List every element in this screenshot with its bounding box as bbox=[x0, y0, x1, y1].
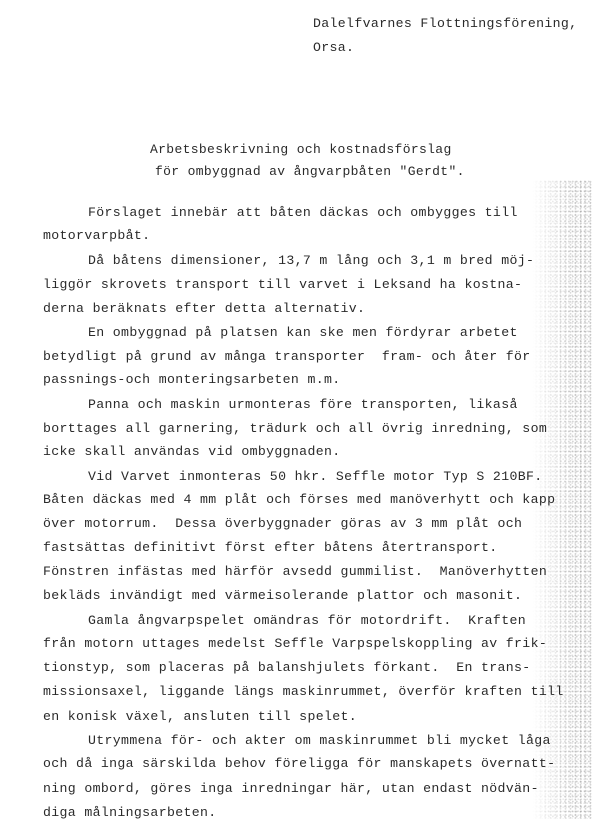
document-title-line-2: för ombyggnad av ångvarpbåten "Gerdt". bbox=[155, 164, 465, 180]
body-line: Då båtens dimensioner, 13,7 m lång och 3… bbox=[88, 253, 534, 269]
typewritten-document-page: Dalelfvarnes Flottningsförening, Orsa. A… bbox=[0, 0, 592, 819]
body-line: Gamla ångvarpspelet omändras för motordr… bbox=[88, 613, 526, 629]
body-line: en konisk växel, ansluten till spelet. bbox=[43, 709, 357, 725]
header-organization: Dalelfvarnes Flottningsförening, bbox=[313, 16, 577, 32]
body-line: Förslaget innebär att båten däckas och o… bbox=[88, 205, 518, 221]
body-line: En ombyggnad på platsen kan ske men förd… bbox=[88, 325, 518, 341]
body-line: Utrymmena för- och akter om maskinrummet… bbox=[88, 733, 551, 749]
body-line: Vid Varvet inmonteras 50 hkr. Seffle mot… bbox=[88, 469, 543, 485]
body-line: missionsaxel, liggande längs maskinrumme… bbox=[43, 684, 564, 700]
body-line: Båten däckas med 4 mm plåt och förses me… bbox=[43, 492, 555, 508]
body-line: borttages all garnering, trädurk och all… bbox=[43, 421, 547, 437]
body-line: fastsättas definitivt först efter båtens… bbox=[43, 540, 498, 556]
body-line: derna beräknats efter detta alternativ. bbox=[43, 301, 365, 317]
body-line: liggör skrovets transport till varvet i … bbox=[43, 277, 522, 293]
body-line: bekläds invändigt med värmeisolerande pl… bbox=[43, 588, 522, 604]
header-place: Orsa. bbox=[313, 40, 354, 56]
body-line: från motorn uttages medelst Seffle Varps… bbox=[43, 636, 547, 652]
body-line: betydligt på grund av många transporter … bbox=[43, 349, 531, 365]
body-line: diga målningsarbeten. bbox=[43, 805, 217, 819]
body-line: Panna och maskin urmonteras före transpo… bbox=[88, 397, 518, 413]
body-line: tionstyp, som placeras på balanshjulets … bbox=[43, 660, 531, 676]
body-line: och då inga särskilda behov föreligga fö… bbox=[43, 756, 555, 772]
body-line: icke skall användas vid ombyggnaden. bbox=[43, 444, 341, 460]
body-line: Fönstren infästas med härför avsedd gumm… bbox=[43, 564, 547, 580]
body-line: passnings-och monteringsarbeten m.m. bbox=[43, 372, 341, 388]
body-line: ning ombord, göres inga inredningar här,… bbox=[43, 781, 539, 797]
document-title-line-1: Arbetsbeskrivning och kostnadsförslag bbox=[150, 142, 452, 158]
body-line: över motorrum. Dessa överbyggnader göras… bbox=[43, 516, 522, 532]
body-line: motorvarpbåt. bbox=[43, 228, 150, 244]
